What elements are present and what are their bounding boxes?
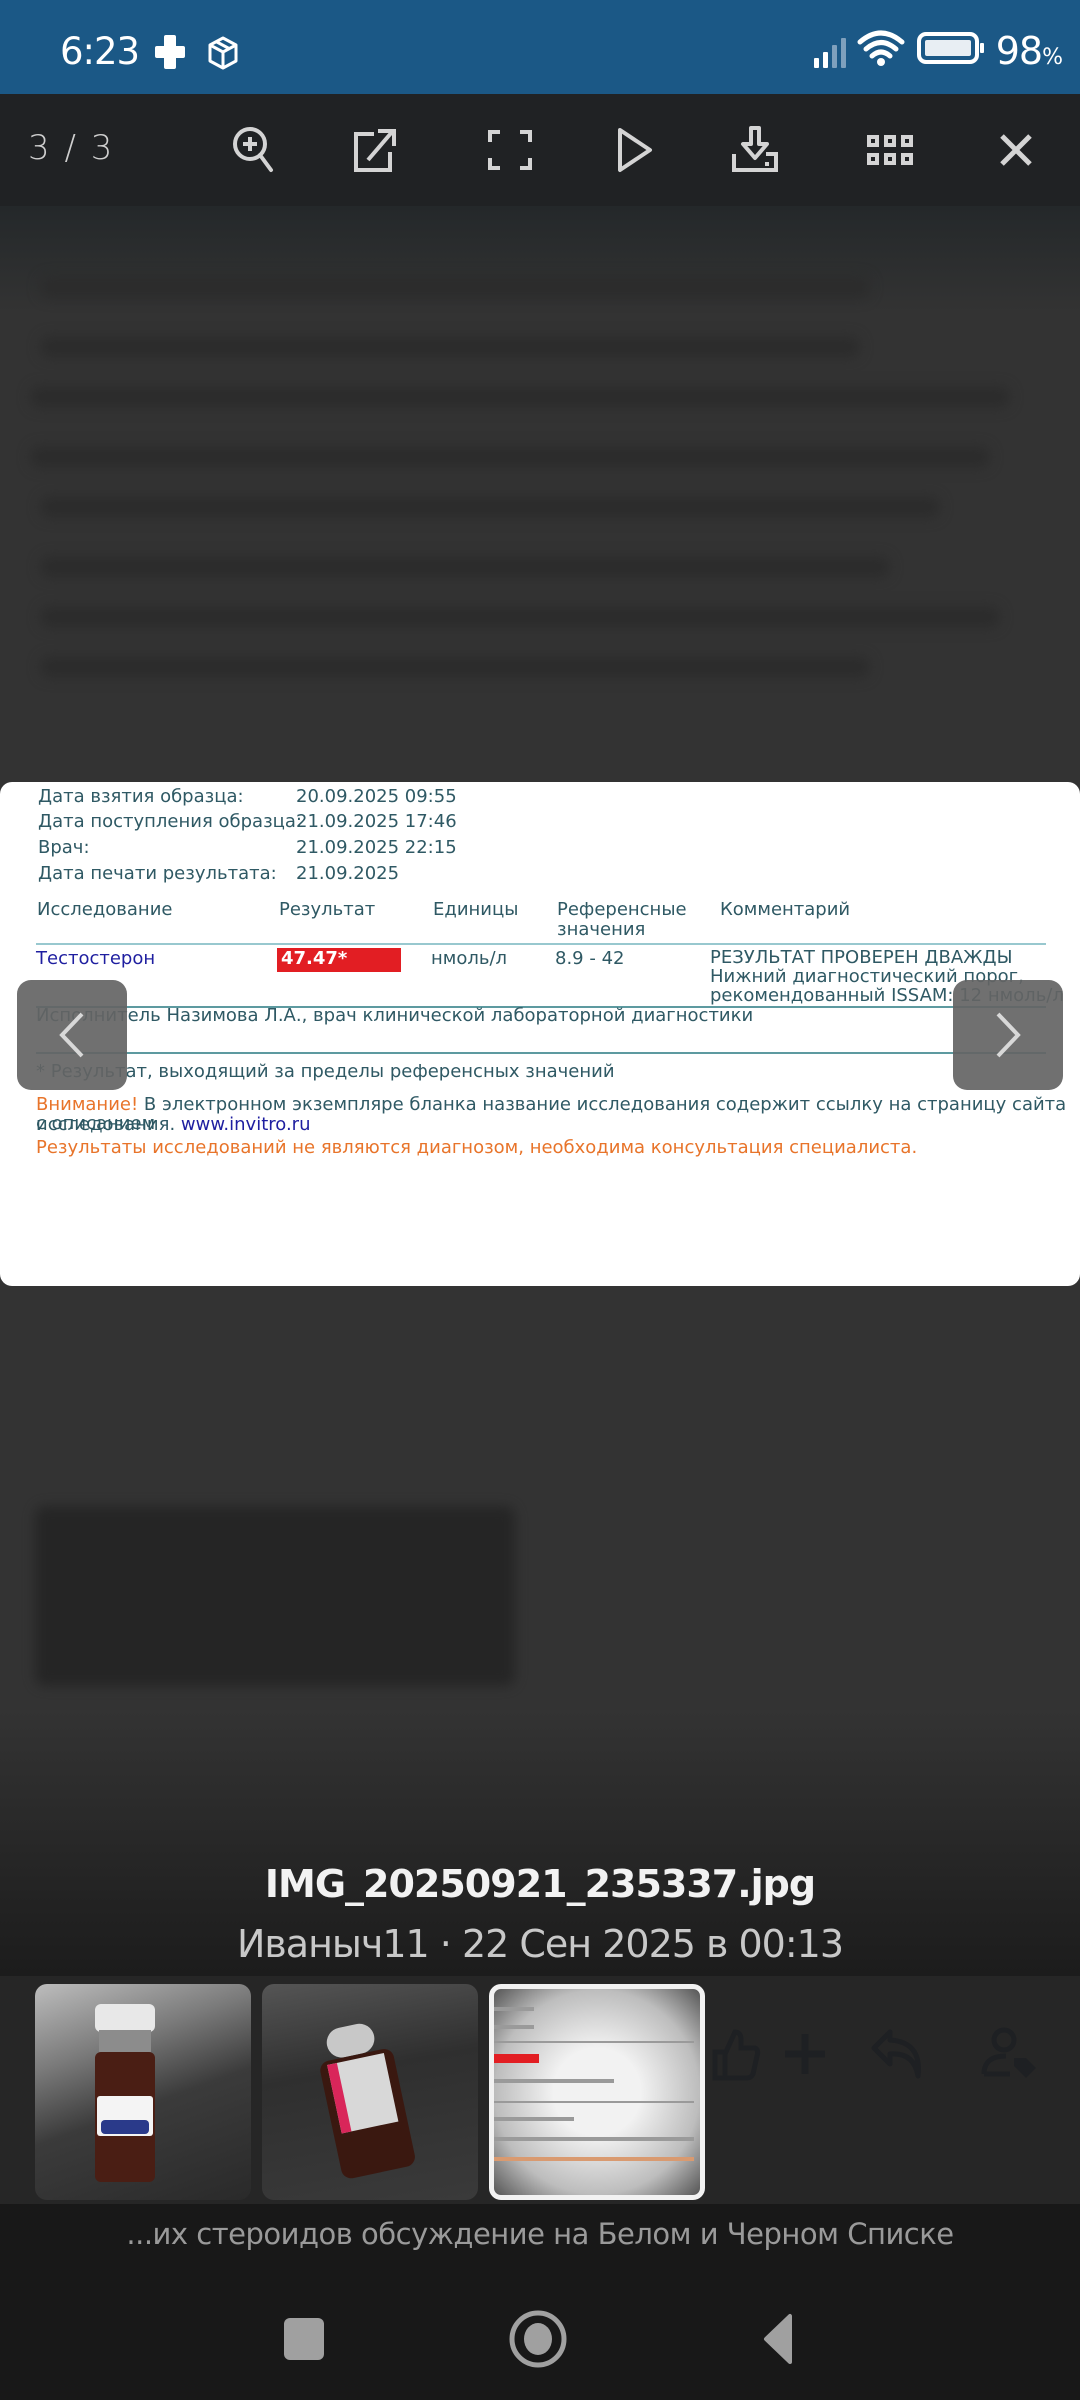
home-icon xyxy=(503,2304,573,2374)
download-button[interactable] xyxy=(730,124,782,176)
system-navigation-bar xyxy=(0,2264,1080,2400)
fullscreen-button[interactable] xyxy=(484,124,536,176)
column-header-units: Единицы xyxy=(433,900,518,920)
meta-label: Дата печати результата: xyxy=(38,863,277,884)
package-icon xyxy=(208,36,238,75)
thumbs-up-icon xyxy=(705,2024,765,2084)
meta-value: 21.09.2025 xyxy=(296,863,399,884)
lab-result-image: Дата взятия образца: 20.09.2025 09:55 Да… xyxy=(0,782,1080,1286)
add-icon xyxy=(775,2024,835,2084)
download-icon xyxy=(730,124,782,176)
play-icon xyxy=(610,124,662,176)
external-link-icon xyxy=(350,124,402,176)
meta-label: Дата поступления образца: xyxy=(38,811,302,832)
reply-icon xyxy=(868,2024,928,2084)
grid-icon xyxy=(864,124,916,176)
open-external-button[interactable] xyxy=(350,124,402,176)
viewer-toolbar: 3 / 3 xyxy=(0,94,1080,206)
meta-value: 21.09.2025 17:46 xyxy=(296,811,457,832)
comment-line: РЕЗУЛЬТАТ ПРОВЕРЕН ДВАЖДЫ xyxy=(710,948,1012,967)
thumbnail-vial-side[interactable] xyxy=(262,1984,478,2200)
meta-label: Врач: xyxy=(38,837,90,858)
previous-image-button[interactable] xyxy=(17,980,127,1090)
page-title: ...их стероидов обсуждение на Белом и Че… xyxy=(0,2204,1080,2264)
result-units: нмоль/л xyxy=(431,949,507,968)
meta-label: Дата взятия образца: xyxy=(38,786,244,807)
image-filename: IMG_20250921_235337.jpg xyxy=(0,1862,1080,1906)
battery-icon xyxy=(916,31,986,70)
meta-value: 21.09.2025 22:15 xyxy=(296,837,457,858)
divider xyxy=(36,943,1046,945)
battery-percent: 98% xyxy=(996,29,1062,73)
gallery-grid-button[interactable] xyxy=(864,124,916,176)
back-button[interactable] xyxy=(740,2304,810,2374)
zoom-in-button[interactable] xyxy=(229,124,281,176)
image-counter: 3 / 3 xyxy=(28,128,114,168)
thumbnail-vial-front[interactable] xyxy=(35,1984,251,2200)
close-button[interactable] xyxy=(990,124,1042,176)
close-icon xyxy=(990,124,1042,176)
result-value-flagged: 47.47* xyxy=(277,948,401,972)
test-name: Тестостерон xyxy=(36,949,155,968)
invitro-link[interactable]: www.invitro.ru xyxy=(181,1114,311,1135)
wifi-icon xyxy=(856,28,906,73)
status-time: 6:23 xyxy=(60,30,139,73)
next-image-button[interactable] xyxy=(953,980,1063,1090)
chevron-right-icon xyxy=(988,1010,1028,1060)
disclaimer-text: Результаты исследований не являются диаг… xyxy=(36,1138,917,1157)
meta-value: 20.09.2025 09:55 xyxy=(296,786,457,807)
apteka-icon xyxy=(155,35,185,69)
vial-image xyxy=(95,2004,155,2184)
image-author-date: Иваныч11 · 22 Сен 2025 в 00:13 xyxy=(0,1922,1080,1966)
thumbnail-lab-result[interactable] xyxy=(489,1984,705,2200)
column-header-comment: Комментарий xyxy=(720,900,850,920)
zoom-in-icon xyxy=(229,124,281,176)
signal-icon xyxy=(814,34,846,68)
chevron-left-icon xyxy=(52,1010,92,1060)
recents-icon xyxy=(268,2304,338,2374)
status-bar: 6:23 98% xyxy=(0,0,1080,94)
column-header-test: Исследование xyxy=(37,900,172,920)
column-header-reference: Референсныезначения xyxy=(557,900,687,940)
fullscreen-icon xyxy=(484,124,536,176)
column-header-result: Результат xyxy=(279,900,375,920)
reference-range: 8.9 - 42 xyxy=(555,949,624,968)
recents-button[interactable] xyxy=(268,2304,338,2374)
vial-image xyxy=(312,2018,417,2180)
divider xyxy=(36,1052,1046,1054)
slideshow-button[interactable] xyxy=(610,124,662,176)
back-icon xyxy=(740,2304,810,2374)
user-tag-icon xyxy=(980,2024,1040,2084)
performer-text: Исполнитель Назимова Л.А., врач клиничес… xyxy=(36,1006,753,1025)
thumbnail-strip xyxy=(0,1976,1080,2204)
home-button[interactable] xyxy=(503,2304,573,2374)
attention-notice-cont: исследования. www.invitro.ru xyxy=(36,1115,311,1134)
